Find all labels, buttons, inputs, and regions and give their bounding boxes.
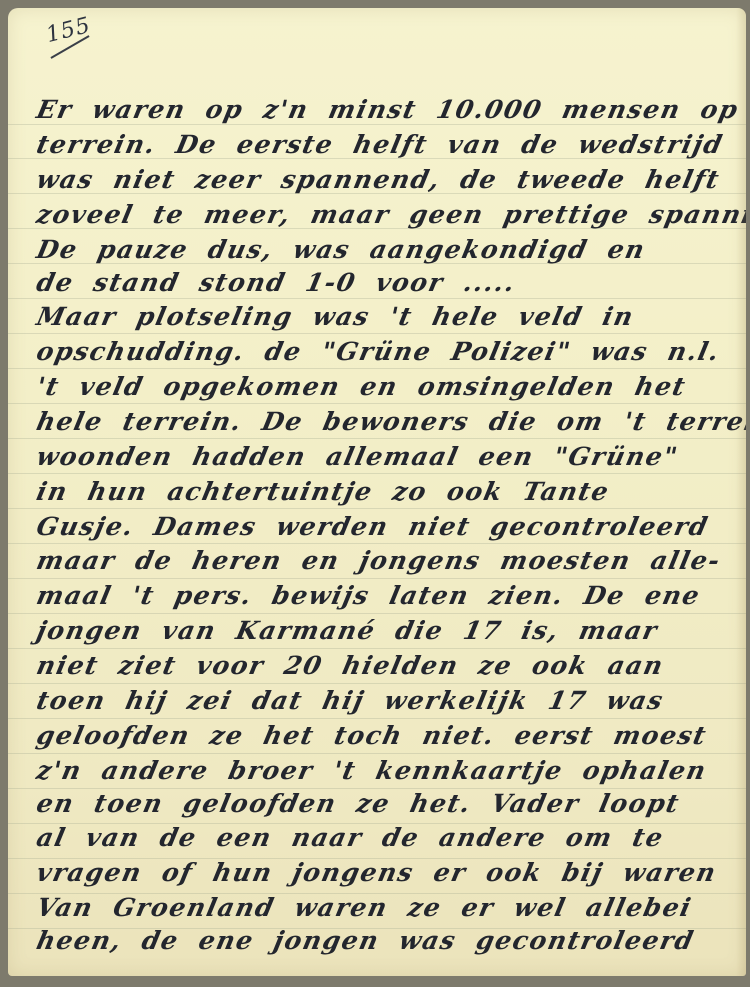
ruled-line: [8, 683, 746, 684]
text-line: zoveel te meer, maar geen prettige spann…: [34, 200, 746, 229]
ruled-line: [8, 298, 746, 299]
text-line: Van Groenland waren ze er wel allebei: [34, 893, 695, 922]
ruled-line: [8, 613, 746, 614]
text-line: jongen van Karmané die 17 is, maar: [34, 616, 661, 645]
scan-frame: 155 Er waren op z'n minst 10.000 mensen …: [0, 0, 750, 987]
ruled-line: [8, 368, 746, 369]
ruled-line: [8, 508, 746, 509]
text-line: toen hij zei dat hij werkelijk 17 was: [34, 686, 667, 715]
text-line: was niet zeer spannend, de tweede helft: [34, 165, 723, 194]
text-line: niet ziet voor 20 hielden ze ook aan: [34, 651, 667, 680]
diary-page: 155 Er waren op z'n minst 10.000 mensen …: [8, 8, 746, 976]
ruled-line: [8, 403, 746, 404]
text-line: maal 't pers. bewijs laten zien. De ene: [34, 581, 703, 610]
text-line: terrein. De eerste helft van de wedstrij…: [34, 130, 726, 159]
text-line: de stand stond 1-0 voor .....: [34, 268, 519, 297]
text-line: opschudding. de "Grüne Polizei" was n.l.: [34, 337, 723, 366]
text-line: in hun achtertuintje zo ook Tante: [34, 477, 612, 506]
text-line: maar de heren en jongens moesten alle-: [34, 546, 724, 575]
page-number: 155: [44, 13, 94, 48]
ruled-line: [8, 473, 746, 474]
text-line: vragen of hun jongens er ook bij waren: [34, 858, 720, 887]
text-line: geloofden ze het toch niet. eerst moest: [34, 721, 710, 750]
text-line: Maar plotseling was 't hele veld in: [34, 302, 637, 331]
text-line: 't veld opgekomen en omsingelden het: [34, 372, 689, 401]
ruled-line: [8, 333, 746, 334]
ruled-line: [8, 648, 746, 649]
text-line: De pauze dus, was aangekondigd en: [34, 235, 648, 264]
text-line: heen, de ene jongen was gecontroleerd: [34, 926, 697, 955]
text-line: al van de een naar de andere om te: [34, 823, 667, 852]
text-line: z'n andere broer 't kennkaartje ophalen: [34, 756, 710, 785]
text-line: woonden hadden allemaal een "Grüne": [34, 442, 681, 471]
text-line: hele terrein. De bewoners die om 't terr…: [34, 407, 746, 436]
text-line: Gusje. Dames werden niet gecontroleerd: [34, 512, 711, 541]
text-line: Er waren op z'n minst 10.000 mensen op '…: [34, 95, 746, 124]
text-line: en toen geloofden ze het. Vader loopt: [34, 789, 683, 818]
ruled-line: [8, 718, 746, 719]
ruled-line: [8, 124, 746, 125]
ruled-line: [8, 543, 746, 544]
ruled-line: [8, 753, 746, 754]
ruled-line: [8, 578, 746, 579]
ruled-line: [8, 438, 746, 439]
